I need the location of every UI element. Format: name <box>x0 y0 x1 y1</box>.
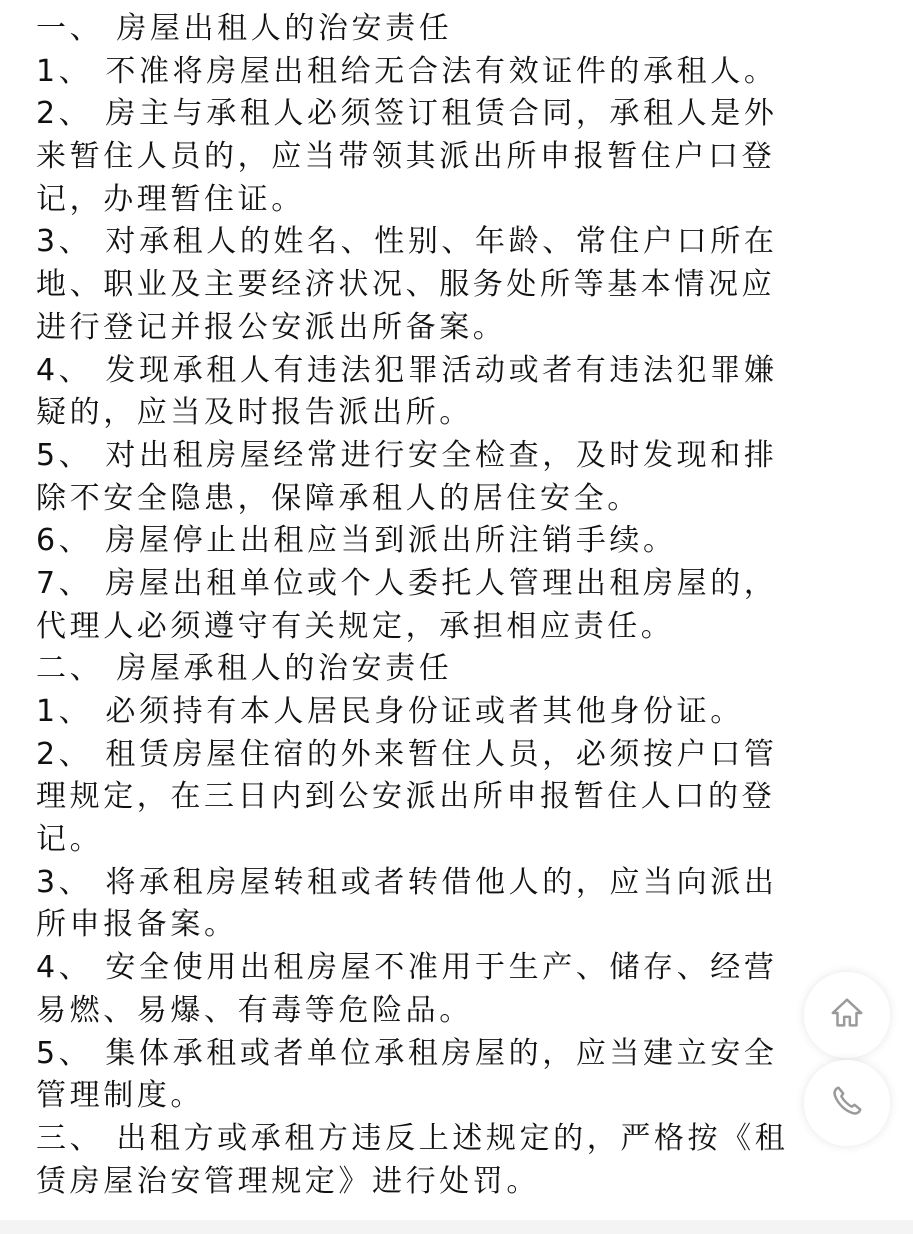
list-item-continuation: 代理人必须遵守有关规定，承担相应责任。 <box>36 606 876 649</box>
list-item: 1、 不准将房屋出租给无合法有效证件的承租人。 <box>36 51 876 94</box>
document-body: 一、 房屋出租人的治安责任 1、 不准将房屋出租给无合法有效证件的承租人。 2、… <box>36 8 876 1203</box>
section-heading-continuation: 赁房屋治安管理规定》进行处罚。 <box>36 1161 876 1204</box>
list-item: 3、 将承租房屋转租或者转借他人的，应当向派出 <box>36 862 876 905</box>
list-item: 5、 对出租房屋经常进行安全检查，及时发现和排 <box>36 435 876 478</box>
section-heading: 三、 出租方或承租方违反上述规定的，严格按《租 <box>36 1118 876 1161</box>
list-item-continuation: 地、职业及主要经济状况、服务处所等基本情况应 <box>36 264 876 307</box>
list-item: 7、 房屋出租单位或个人委托人管理出租房屋的， <box>36 563 876 606</box>
list-item-continuation: 记，办理暂住证。 <box>36 179 876 222</box>
list-item-continuation: 易燃、易爆、有毒等危险品。 <box>36 990 876 1033</box>
list-item-continuation: 记。 <box>36 819 876 862</box>
list-item: 4、 发现承租人有违法犯罪活动或者有违法犯罪嫌 <box>36 350 876 393</box>
list-item: 2、 房主与承租人必须签订租赁合同，承租人是外 <box>36 93 876 136</box>
list-item-continuation: 理规定，在三日内到公安派出所申报暂住人口的登 <box>36 776 876 819</box>
list-item: 5、 集体承租或者单位承租房屋的，应当建立安全 <box>36 1033 876 1076</box>
list-item-continuation: 除不安全隐患，保障承租人的居住安全。 <box>36 478 876 521</box>
list-item-continuation: 疑的，应当及时报告派出所。 <box>36 392 876 435</box>
list-item: 3、 对承租人的姓名、性别、年龄、常住户口所在 <box>36 221 876 264</box>
phone-icon <box>828 1082 866 1124</box>
list-item-continuation: 所申报备案。 <box>36 904 876 947</box>
list-item: 1、 必须持有本人居民身份证或者其他身份证。 <box>36 691 876 734</box>
list-item-continuation: 来暂住人员的，应当带领其派出所申报暂住户口登 <box>36 136 876 179</box>
home-button[interactable] <box>804 972 890 1058</box>
list-item-continuation: 管理制度。 <box>36 1075 876 1118</box>
list-item: 4、 安全使用出租房屋不准用于生产、储存、经营 <box>36 947 876 990</box>
list-item-continuation: 进行登记并报公安派出所备案。 <box>36 307 876 350</box>
bottom-edge <box>0 1220 913 1234</box>
section-heading: 二、 房屋承租人的治安责任 <box>36 648 876 691</box>
list-item: 2、 租赁房屋住宿的外来暂住人员，必须按户口管 <box>36 734 876 777</box>
home-icon <box>828 994 866 1036</box>
phone-button[interactable] <box>804 1060 890 1146</box>
list-item: 6、 房屋停止出租应当到派出所注销手续。 <box>36 520 876 563</box>
section-heading: 一、 房屋出租人的治安责任 <box>36 8 876 51</box>
